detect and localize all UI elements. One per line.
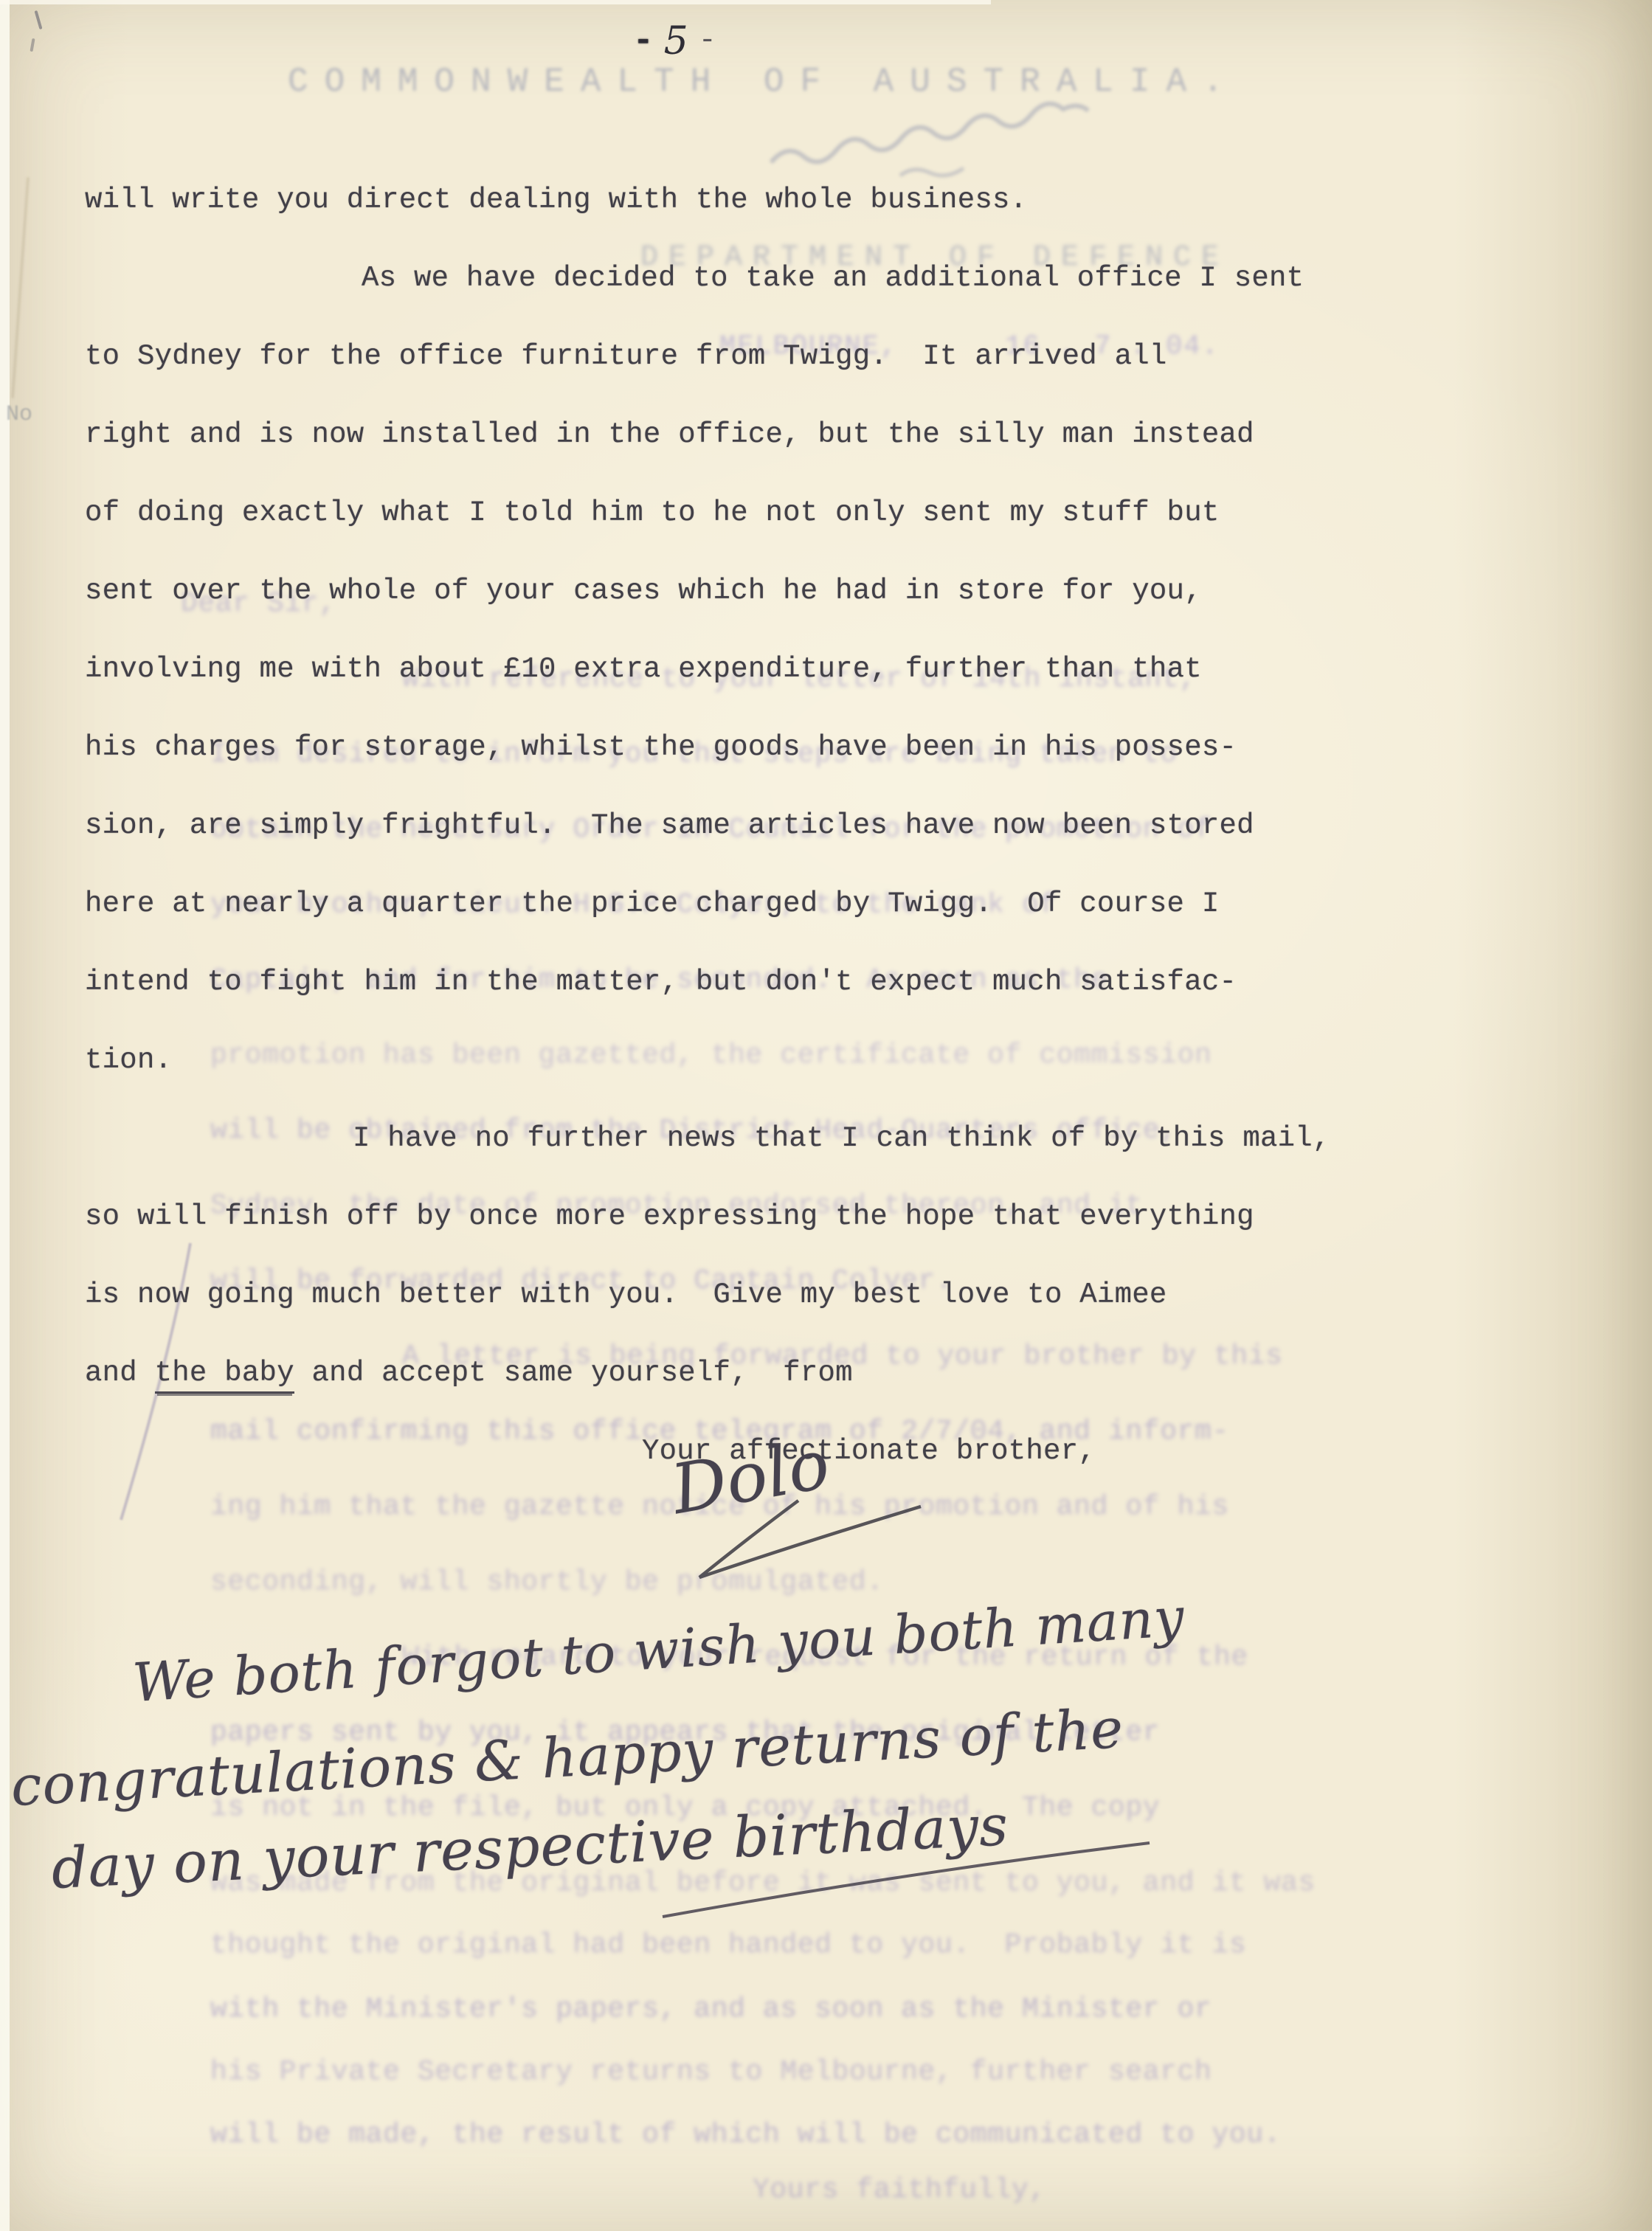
handwriting-layer: Dolo We both forgot to wish you both man… bbox=[0, 0, 1652, 2231]
postscript-line: We both forgot to wish you both many bbox=[131, 1590, 1186, 1709]
postscript-underline bbox=[657, 1837, 1158, 1926]
letter-page: COMMONWEALTH OF AUSTRALIA. DEPARTMENT OF… bbox=[0, 0, 1652, 2231]
signature-flourish bbox=[686, 1490, 952, 1586]
